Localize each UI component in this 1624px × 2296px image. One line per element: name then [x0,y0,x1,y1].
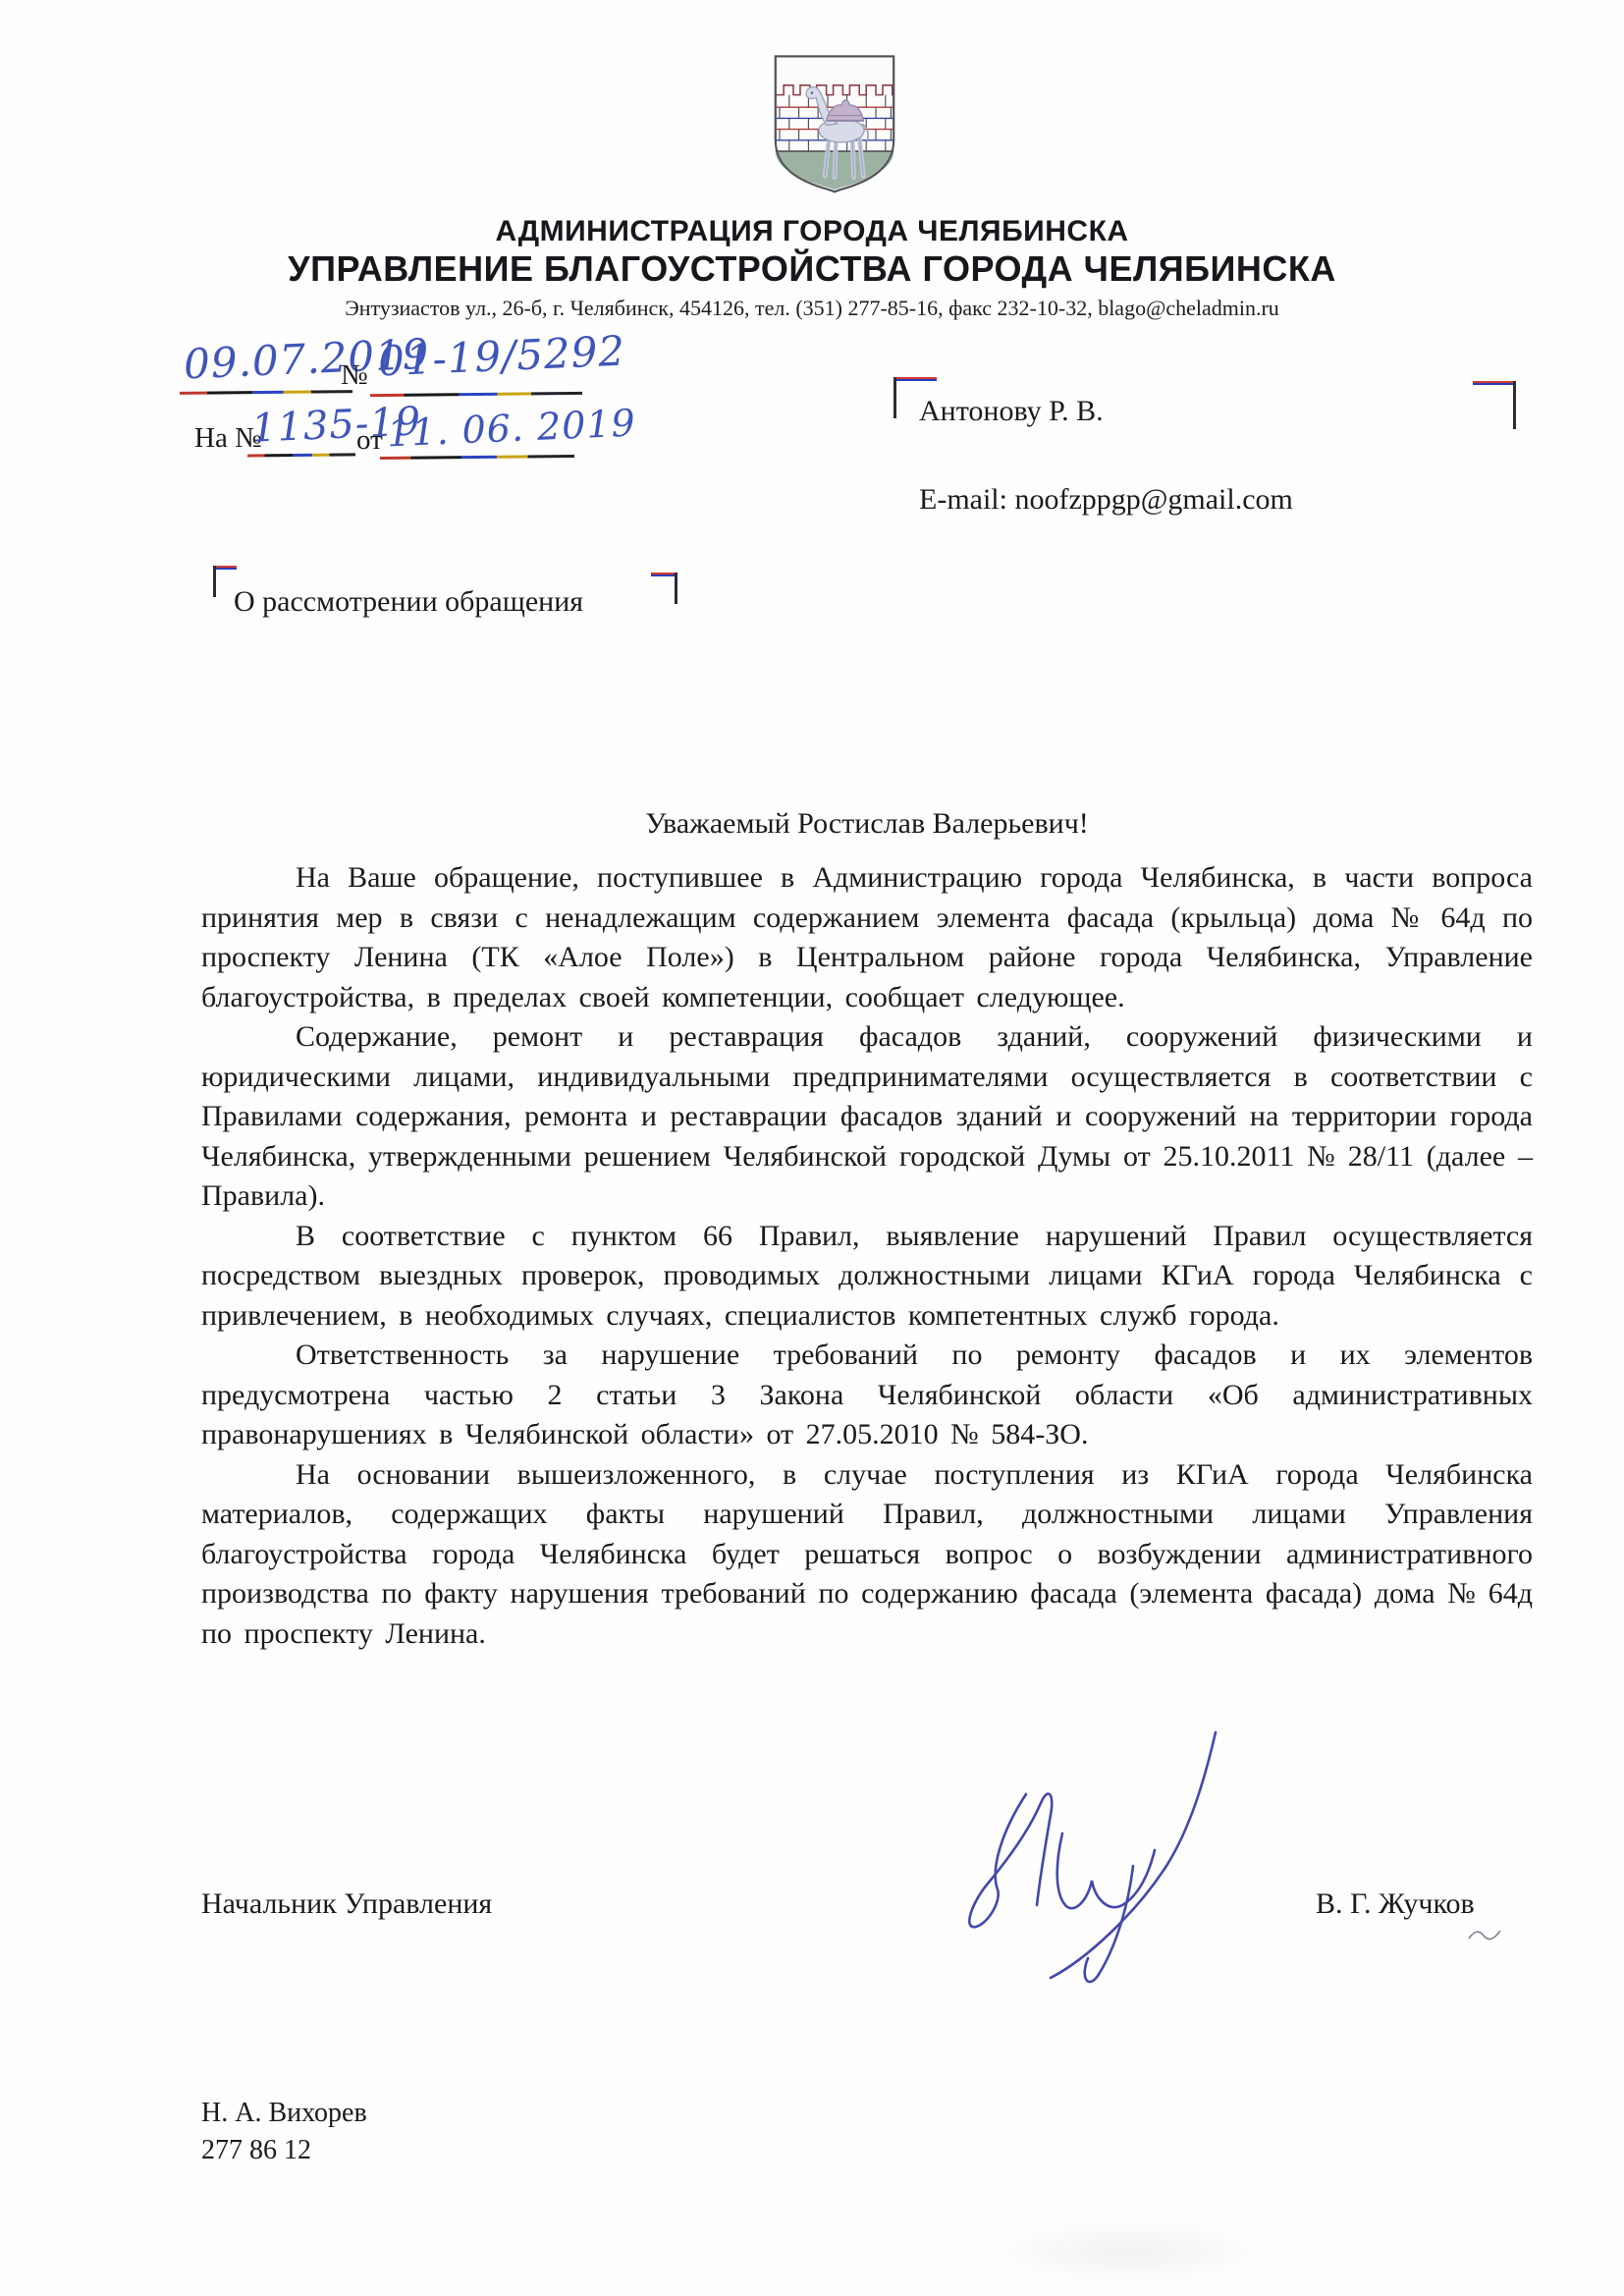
scan-smudge [992,2217,1267,2286]
outgoing-date-underline [180,390,352,395]
recipient-corner-mark-right [1473,381,1516,429]
body-paragraph: На основании вышеизложенного, в случае п… [201,1455,1533,1655]
handwritten-signature [905,1721,1237,2052]
organization-name-line2: УПРАВЛЕНИЕ БЛАГОУСТРОЙСТВА ГОРОДА ЧЕЛЯБИ… [0,248,1624,290]
subject-corner-mark-right [651,573,677,604]
body-paragraph: Ответственность за нарушение требований … [201,1336,1533,1455]
signer-name: В. Г. Жучков [1316,1887,1475,1921]
small-pen-mark [1465,1923,1506,1948]
body-paragraph: На Ваше обращение, поступившее в Админис… [201,858,1533,1017]
handwritten-incoming-date: 11. 06. 2019 [386,401,636,455]
signer-position-title: Начальник Управления [201,1887,492,1921]
incoming-date-underline [380,455,574,460]
organization-address-line: Энтузиастов ул., 26-б, г. Челябинск, 454… [0,296,1624,321]
body-paragraph: Содержание, ремонт и реставрация фасадов… [201,1017,1533,1217]
number-sign-label: № [341,359,368,392]
outgoing-number-underline [370,392,582,397]
letter-body: На Ваше обращение, поступившее в Админис… [201,858,1533,1654]
incoming-number-underline [247,453,355,457]
scanned-letter-page: АДМИНИСТРАЦИЯ ГОРОДА ЧЕЛЯБИНСКА УПРАВЛЕН… [0,0,1624,2296]
recipient-email-line: E-mail: noofzppgp@gmail.com [919,483,1293,517]
organization-name-line1: АДМИНИСТРАЦИЯ ГОРОДА ЧЕЛЯБИНСКА [0,215,1624,248]
body-paragraph: В соответствие с пунктом 66 Правил, выяв… [201,1217,1533,1337]
from-label: от [356,424,383,457]
chelyabinsk-coat-of-arms-icon [766,52,903,195]
executor-name: Н. А. Вихорев [201,2098,367,2129]
executor-phone: 277 86 12 [201,2135,311,2166]
handwritten-outgoing-number: 01-19/5292 [377,327,626,386]
recipient-name: Антонову Р. В. [919,395,1104,428]
letter-subject: О рассмотрении обращения [234,585,583,619]
salutation: Уважаемый Ростислав Валерьевич! [201,807,1533,841]
